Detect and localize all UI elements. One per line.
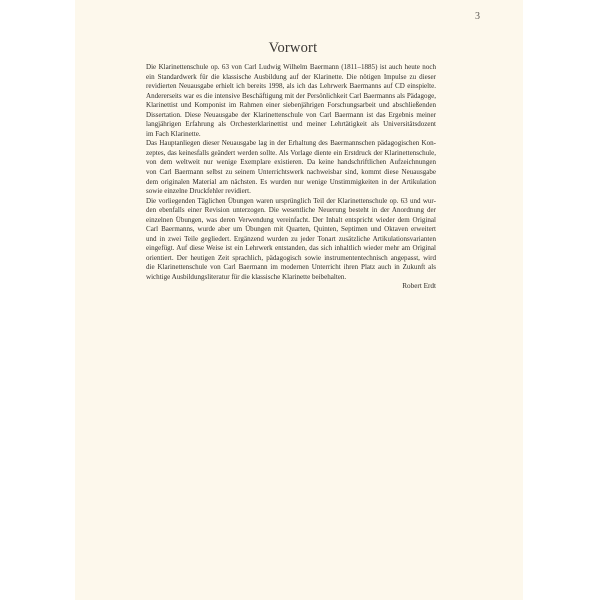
text-line: Klarinettist und Komponist im Rahmen ein…	[146, 101, 436, 111]
text-line: sowie einzelne Druckfehler revidiert.	[146, 187, 436, 197]
text-line: den ebenfalls einer Revision unterzogen.…	[146, 206, 436, 216]
paragraph: Das Hauptanliegen dieser Neuausgabe lag …	[146, 139, 436, 196]
text-line: und in zwei Teile gegliedert. Ergänzend …	[146, 235, 436, 245]
text-line: Dissertation. Diese Neuausgabe der Klari…	[146, 111, 436, 121]
document-page: 3 Vorwort Die Klarinettenschule op. 63 v…	[75, 0, 523, 600]
text-line: langjährigen Erfahrung als Orchesterklar…	[146, 120, 436, 130]
page-number: 3	[475, 11, 480, 22]
page-title: Vorwort	[75, 40, 511, 57]
text-line: die Klarinettenschule von Carl Baermann …	[146, 263, 436, 273]
text-line: zeptes, das keinesfalls geändert werden …	[146, 149, 436, 159]
text-line: orientiert. Der heutigen Zeit sprachlich…	[146, 254, 436, 264]
author-signature: Robert Erdt	[75, 282, 436, 290]
text-line: Carl Baermanns, wurde aber um Übungen mi…	[146, 225, 436, 235]
text-line: einzelnen Übungen, was deren Verwendung …	[146, 216, 436, 226]
text-line: von dem weltweit nur wenige Exemplare ex…	[146, 158, 436, 168]
text-line: von Carl Baermann selbst zu seinem Unter…	[146, 168, 436, 178]
text-line: dem originalen Material am nächsten. Es …	[146, 178, 436, 188]
text-line: eingefügt. Auf diese Weise ist ein Lehrw…	[146, 244, 436, 254]
paragraph: Die Klarinettenschule op. 63 von Carl Lu…	[146, 63, 436, 139]
text-line: Das Hauptanliegen dieser Neuausgabe lag …	[146, 139, 436, 149]
text-line: revidierten Neuausgabe erhielt ich berei…	[146, 82, 436, 92]
text-line: ein Standardwerk für die klassische Ausb…	[146, 73, 436, 83]
body-text: Die Klarinettenschule op. 63 von Carl Lu…	[146, 63, 436, 283]
text-line: Andererseits war es die intensive Beschä…	[146, 92, 436, 102]
text-line: Die vorliegenden Täglichen Übungen waren…	[146, 197, 436, 207]
text-line: im Fach Klarinette.	[146, 130, 436, 140]
text-line: Die Klarinettenschule op. 63 von Carl Lu…	[146, 63, 436, 73]
paragraph: Die vorliegenden Täglichen Übungen waren…	[146, 197, 436, 283]
